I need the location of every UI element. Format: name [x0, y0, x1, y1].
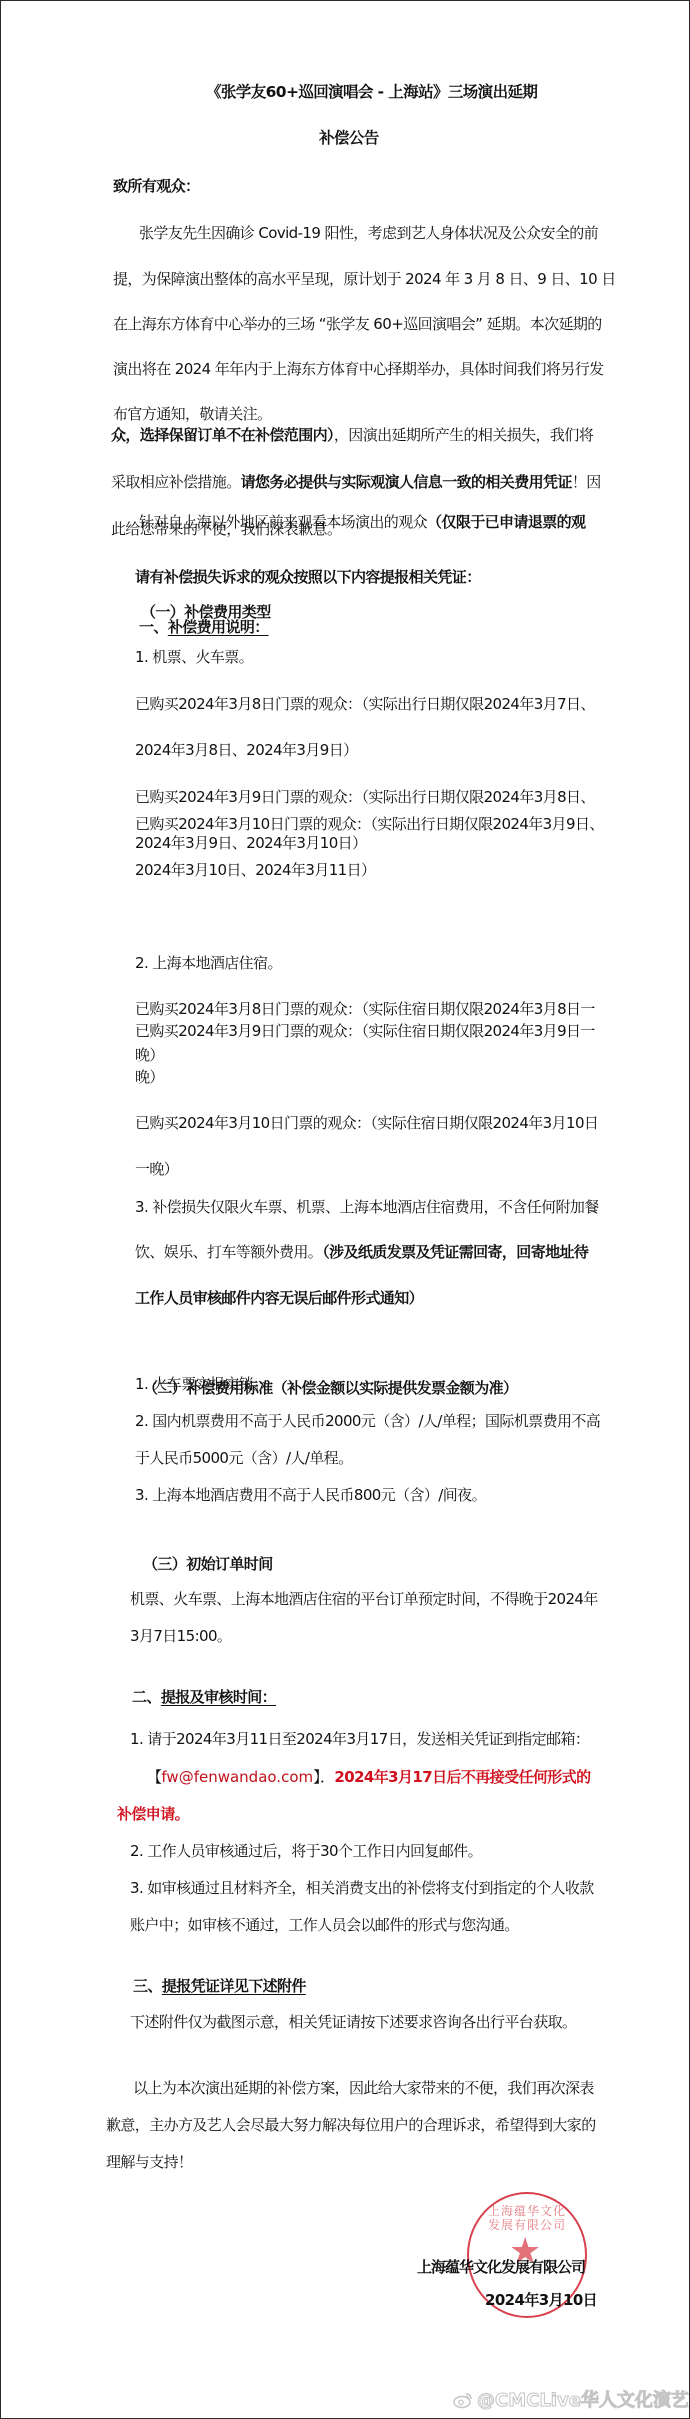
scope-text: ，因演出延期所产生的相关损失，我们将 — [334, 426, 593, 444]
hotel-line: 晚） — [135, 1045, 164, 1065]
closing-line: 以上为本次演出延期的补偿方案，因此给大家带来的不便，我们再次深表 — [133, 2078, 594, 2098]
closing-line: 理解与支持！ — [106, 2152, 192, 2172]
hotel-line: 一晚） — [135, 1159, 178, 1179]
bracket-open: 【 — [147, 1768, 161, 1786]
item-3-line: 3. 补偿损失仅限火车票、机票、上海本地酒店住宿费用，不含任何附加餐 — [135, 1197, 599, 1217]
payment-line: 账户中；如审核不通过，工作人员会以邮件的形式与您沟通。 — [130, 1915, 519, 1935]
travel-line: 2024年3月8日、2024年3月9日） — [135, 740, 358, 760]
standard-line: 1. 火车票实报实销。 — [135, 1374, 267, 1394]
scope-text: ！因 — [572, 473, 601, 491]
standard-line: 3. 上海本地酒店费用不高于人民币800元（含）/间夜。 — [135, 1485, 486, 1505]
document-page: 《张学友60+巡回演唱会 - 上海站》三场演出延期 补偿公告 致所有观众： 张学… — [0, 0, 690, 2419]
section-3-prefix: 三、 — [133, 1977, 162, 1995]
notice-title: 《张学友60+巡回演唱会 - 上海站》三场演出延期 — [206, 82, 537, 102]
scope-line: 采取相应补偿措施。请您务必提供与实际观演人信息一致的相关费用凭证！因 — [111, 472, 601, 492]
hotel-line: 已购买2024年3月9日门票的观众：（实际住宿日期仅限2024年3月9日一 — [135, 1021, 595, 1041]
salutation: 致所有观众： — [113, 176, 199, 196]
signature-date: 2024年3月10日 — [485, 2290, 597, 2310]
scope-line: 众，选择保留订单不在补偿范围内），因演出延期所产生的相关损失，我们将 — [111, 425, 593, 445]
seal-text: 上海蕴华文化发展有限公司 — [483, 2204, 571, 2232]
travel-line: 2024年3月10日、2024年3月11日） — [135, 860, 375, 880]
attachment-note: 下述附件仅为截图示意，相关凭证请按下述要求咨询各出行平台获取。 — [130, 2012, 576, 2032]
section-3-title: 提报凭证详见下述附件 — [162, 1977, 306, 1995]
intro-line: 提，为保障演出整体的高水平呈现，原计划于 2024 年 3 月 8 日、9 日、… — [113, 269, 616, 289]
order-time-line: 3月7日15:00。 — [130, 1626, 231, 1646]
weibo-icon — [453, 2391, 473, 2409]
travel-line: 已购买2024年3月8日门票的观众：（实际出行日期仅限2024年3月7日、 — [135, 694, 595, 714]
weibo-watermark: @CMCLive华人文化演艺 — [453, 2389, 689, 2413]
notice-subtitle: 补偿公告 — [319, 128, 379, 148]
intro-line: 在上海东方体育中心举办的三场 “张学友 60+巡回演唱会” 延期。本次延期的 — [113, 314, 602, 334]
company-name: 上海蕴华文化发展有限公司 — [417, 2257, 585, 2277]
bracket-close: 】． — [313, 1768, 334, 1786]
deadline-warning-cont: 补偿申请。 — [117, 1804, 189, 1824]
intro-line: 布官方通知，敬请关注。 — [113, 404, 271, 424]
standard-line: 于人民币5000元（含）/人/单程。 — [135, 1448, 352, 1468]
submission-email-link[interactable]: fw@fenwandao.com — [161, 1768, 313, 1786]
scope-line: 此给您带来的不便，我们深表歉意。 — [111, 519, 341, 539]
deadline-warning: 2024年3月17日后不再接受任何形式的 — [334, 1768, 590, 1786]
section-2-title: 提报及审核时间： — [161, 1688, 276, 1706]
hotel-line: 已购买2024年3月8日门票的观众：（实际住宿日期仅限2024年3月8日一 — [135, 999, 595, 1019]
intro-line: 张学友先生因确诊 Covid-19 阳性，考虑到艺人身体状况及公众安全的前 — [139, 223, 598, 243]
section-3-heading: 三、提报凭证详见下述附件 — [133, 1976, 306, 1996]
submit-line: 1. 请于2024年3月11日至2024年3月17日，发送相关凭证到指定邮箱： — [130, 1729, 589, 1749]
email-line: 【fw@fenwandao.com】．2024年3月17日后不再接受任何形式的 — [147, 1767, 590, 1787]
scope-emphasis: （仅限于已申请退票的观 — [427, 513, 585, 531]
payment-line: 3. 如审核通过且材料齐全，相关消费支出的补偿将支付到指定的个人收款 — [130, 1878, 594, 1898]
closing-line: 歉意，主办方及艺人会尽最大努力解决每位用户的合理诉求，希望得到大家的 — [106, 2115, 596, 2135]
item-3-line: 工作人员审核邮件内容无误后邮件形式通知） — [135, 1288, 423, 1308]
item-3-text: 饮、娱乐、打车等额外费用。 — [135, 1243, 322, 1261]
item-3-emphasis: （涉及纸质发票及凭证需回寄，回寄地址待 — [322, 1243, 588, 1261]
scope-emphasis: 众，选择保留订单不在补偿范围内） — [111, 426, 334, 444]
item-3-line: 饮、娱乐、打车等额外费用。（涉及纸质发票及凭证需回寄，回寄地址待 — [135, 1242, 588, 1262]
instruction: 请有补偿损失诉求的观众按照以下内容提报相关凭证： — [135, 567, 481, 587]
subsection-1-heading: （一）补偿费用类型 — [141, 602, 271, 622]
item-1-label: 1. 机票、火车票。 — [135, 647, 253, 667]
review-line: 2. 工作人员审核通过后，将于30个工作日内回复邮件。 — [130, 1841, 482, 1861]
travel-line: 已购买2024年3月9日门票的观众：（实际出行日期仅限2024年3月8日、 — [135, 787, 595, 807]
scope-text: 采取相应补偿措施。 — [111, 473, 241, 491]
section-2-heading: 二、提报及审核时间： — [132, 1687, 276, 1707]
item-2-label: 2. 上海本地酒店住宿。 — [135, 953, 282, 973]
order-time-line: 机票、火车票、上海本地酒店住宿的平台订单预定时间，不得晚于2024年 — [130, 1589, 598, 1609]
hotel-line: 晚） — [135, 1067, 164, 1087]
intro-line: 演出将在 2024 年年内于上海东方体育中心择期举办，具体时间我们将另行发 — [113, 359, 604, 379]
voucher-warning: 请您务必提供与实际观演人信息一致的相关费用凭证 — [241, 473, 572, 491]
standard-line: 2. 国内机票费用不高于人民币2000元（含）/人/单程；国际机票费用不高 — [135, 1411, 600, 1431]
section-2-prefix: 二、 — [132, 1688, 161, 1706]
travel-line: 已购买2024年3月10日门票的观众：（实际出行日期仅限2024年3月9日、 — [135, 814, 604, 834]
subsection-3-heading: （三）初始订单时间 — [143, 1554, 273, 1574]
watermark-text: @CMCLive华人文化演艺 — [477, 2390, 689, 2411]
hotel-line: 已购买2024年3月10日门票的观众：（实际住宿日期仅限2024年3月10日 — [135, 1113, 598, 1133]
travel-line: 2024年3月9日、2024年3月10日） — [135, 833, 366, 853]
